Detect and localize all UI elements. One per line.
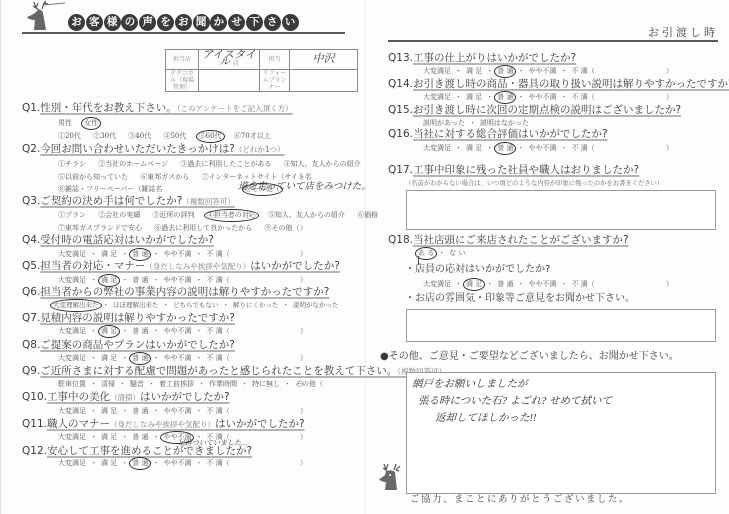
deer-logo-icon: [24, 0, 66, 32]
staff-table: 担当店 アイスタイル 店 担当 中沢 テクニカル（現場管理） リフォームプランナ…: [165, 49, 358, 92]
option-very-satisfied: 大変満足: [55, 354, 89, 362]
question-text: ご契約の決め手は何でしたか?: [40, 195, 182, 207]
question-number: Q8.: [22, 339, 40, 351]
option: ①チラシ: [55, 160, 89, 168]
question-number: Q15.: [388, 104, 413, 116]
option-age: ②30代: [90, 132, 119, 140]
question-text: 今回お問い合わせいただいたきっかけは?: [40, 143, 235, 155]
option-age: ①20代: [55, 132, 84, 140]
question-q4: Q4.受付時の電話応対はいかがでしたか?: [22, 234, 214, 246]
option: ④知人、友人からの紹介: [281, 160, 364, 168]
option-dissatisfied: 不 満（: [194, 354, 232, 362]
question-q18: Q18.当社店頭にご来店されたことがございますか?: [388, 234, 629, 246]
question-text: 当社店頭にご来店されたことがございますか?: [413, 234, 629, 246]
question-text-after: はいかがでしたか?: [250, 260, 340, 272]
option-very-satisfied: 大変満足: [55, 327, 89, 335]
option-somewhat-dissatisfied: やや不満: [516, 67, 559, 75]
question-number: Q3.: [22, 195, 40, 207]
option-satisfied: 満 足: [89, 433, 120, 441]
page-edge: [0, 0, 1, 514]
question-text: 当社に対する総合評価はいかがでしたか?: [413, 128, 608, 140]
handwritten-comment-line: 張る時についた石? よごれ? せめて拭いて: [418, 393, 612, 408]
option-very-satisfied: 大変満足: [420, 280, 454, 288]
thank-you-message: ご協力、まことにありがとうございました。: [410, 491, 630, 505]
q13-scale: 大変満足満 足普 通やや不満不 満（: [420, 65, 598, 78]
option: ⑨その他（: [261, 224, 302, 232]
option: ⑧過去に利用して良かったから: [151, 224, 255, 232]
section-rule: [388, 40, 718, 42]
question-number: Q9.: [22, 365, 40, 377]
option-age: ③40代: [125, 132, 154, 140]
question-number: Q13.: [388, 52, 413, 64]
option-very-satisfied: 大変満足: [55, 459, 89, 467]
other-comments-label: ●その他、ご意見・ご要望などございましたら、お聞かせ下さい。: [380, 351, 679, 363]
question-q2: Q2.今回お問い合わせいただいたきっかけは?（どれか1つ）: [22, 143, 285, 156]
age-options: ①20代 ②30代 ③40代 ④50代 ⑤60代 ⑥70才以上: [55, 130, 278, 143]
question-note: （複数回答可）: [182, 197, 235, 206]
close-paren: ）: [666, 66, 673, 76]
atmosphere-question: ・お店の雰囲気・印象等ご意見をお聞かせ下さい。: [405, 293, 635, 305]
option-very-satisfied: 大変満足: [420, 67, 454, 75]
q2-row: ①チラシ ②当社のホームページ ③過去に利用したことがある ④知人、友人からの紹…: [55, 158, 368, 171]
option-neutral: 普 通: [120, 433, 151, 441]
option-very-satisfied: 大変満足: [420, 144, 454, 152]
question-number: Q4.: [22, 234, 40, 246]
option: 解りにくかった: [221, 301, 281, 309]
option-very-satisfied: 大変満足: [55, 276, 89, 284]
option-very-satisfied: 大変満足: [55, 250, 89, 258]
question-text: ご提案の商品やプランはいかがでしたか?: [40, 339, 235, 351]
option-dissatisfied: 不 満（: [559, 144, 597, 152]
option-satisfied: 満 足: [454, 67, 485, 75]
close-paren: ）: [666, 279, 673, 289]
question-text-after: はいかがでしたか?: [215, 418, 305, 430]
option: 特に無し: [240, 380, 283, 388]
question-note: （身だしなみや挨拶や気配り）: [110, 420, 215, 429]
option-very-satisfied: 大変満足: [55, 407, 89, 415]
question-q10: Q10.工事中の美化（清掃）はいかがでしたか?: [22, 391, 230, 404]
question-text: 担当者の対応・マナー: [40, 260, 145, 272]
option: 騒音: [118, 380, 147, 388]
option-somewhat-dissatisfied: やや不満: [151, 407, 194, 415]
option-neutral: 普 通: [120, 250, 151, 258]
question-q14: Q14.お引き渡し時の商品・器具の取り扱い説明は解りやすかったですか?: [388, 78, 729, 90]
option-neutral: 普 通: [120, 407, 151, 415]
question-number: Q2.: [22, 143, 40, 155]
option-age: ④50代: [160, 132, 189, 140]
planner-label: リフォームプランナー: [260, 70, 290, 92]
option-neutral: 普 通: [485, 144, 516, 152]
question-q15: Q15.お引き渡し時に次回の定期点検の説明はございましたか?: [388, 104, 681, 116]
close-paren: ）: [300, 458, 307, 468]
option: 清掃: [89, 380, 118, 388]
close-paren: ）: [666, 92, 673, 102]
option-satisfied: 満 足: [89, 354, 120, 362]
question-note: （身だしなみや挨拶や気配り）: [145, 262, 250, 271]
section-label: お引渡し時: [648, 24, 718, 40]
handwritten-answer: 道を走っていて店をみつけた。: [238, 178, 371, 192]
option-somewhat-dissatisfied: やや不満: [516, 144, 559, 152]
option-male: 男性: [55, 119, 75, 127]
q16-scale: 大変満足満 足普 通やや不満不 満（: [420, 142, 598, 155]
option: 説明がなかった: [281, 301, 341, 309]
option-very-satisfied: 大変満足: [55, 433, 89, 441]
staff-response-scale: 大変満足満 足普 通やや不満不 満（: [420, 278, 598, 291]
option-dissatisfied: 不 満（: [559, 93, 597, 101]
option: 大変理解出来た: [50, 301, 102, 309]
handwritten-comment-line: 網戸をお願いしましたが: [412, 376, 528, 391]
question-q6: Q6.担当者からの弊社の事業内容の説明は解りやすかったですか?: [22, 286, 329, 298]
title-char: 下: [246, 14, 263, 31]
atmosphere-answer-box: [406, 309, 716, 342]
option: ④担当者の対応: [204, 211, 259, 219]
close-paren: ）: [300, 326, 307, 336]
option: ⑦東邦ガスブランドで安心: [55, 224, 145, 232]
close-paren: ）: [300, 249, 307, 259]
question-number: Q1.: [22, 102, 40, 114]
option: ⑥価格: [354, 211, 381, 219]
staff-value: 中沢: [290, 50, 358, 70]
option-very-satisfied: 大変満足: [420, 93, 454, 101]
title-char: せ: [228, 14, 245, 31]
option-age: ⑥70才以上: [231, 132, 274, 140]
option-satisfied: 満 足: [89, 250, 120, 258]
option: ⑧雑誌・フリーペーパー（雑誌名: [55, 185, 165, 193]
question-number: Q18.: [388, 234, 413, 246]
question-q5: Q5.担当者の対応・マナー（身だしなみや挨拶や気配り）はいかがでしたか?: [22, 260, 340, 273]
question-q17: Q17.工事中印象に残った社員や職人はおりましたか?: [388, 164, 639, 176]
option-neutral: 普 通: [120, 327, 151, 335]
option: 着工前挨拶: [147, 380, 197, 388]
q8-scale: 大変満足満 足普 通やや不満不 満（: [55, 352, 233, 365]
option-dissatisfied: 不 満（: [194, 459, 232, 467]
question-q7: Q7.見積内容の説明は解りやすかったですか?: [22, 312, 235, 324]
option: 駐車位置: [55, 380, 89, 388]
q18-options: あ るな い: [415, 247, 468, 260]
q17-note: （名前がわからない場合は、いつ頃どのような内容が印象に残ったのかをお書きください…: [405, 178, 663, 189]
staff-label: 担当: [260, 50, 290, 70]
option: ③近所の評判: [149, 211, 197, 219]
q6-options: 大変理解出来たほぼ理解出来たどちらでもない解りにくかった説明がなかった: [50, 299, 341, 312]
question-note: （清掃）: [110, 393, 140, 402]
question-text: お引き渡し時に次回の定期点検の説明はございましたか?: [413, 104, 681, 116]
question-text: 受付時の電話応対はいかがでしたか?: [40, 234, 214, 246]
title-char: か: [210, 14, 227, 31]
option-no: な い: [437, 249, 468, 257]
question-text: 工事中の美化: [47, 391, 110, 403]
q3-row: ①プラン ②会社の実績 ③近所の評判 ④担当者の対応 ⑤知人、友人からの紹介 ⑥…: [55, 209, 385, 222]
option: ②当社のホームページ: [95, 160, 171, 168]
question-number: Q10.: [22, 391, 47, 403]
question-number: Q12.: [22, 445, 47, 457]
option-neutral: 普 通: [485, 280, 516, 288]
option-neutral: 普 通: [120, 276, 151, 284]
close-paren: ）: [300, 432, 307, 442]
question-text: 安心して工事を進めることができましたか?: [47, 445, 252, 457]
technical-value: [199, 70, 260, 92]
close-paren: ）: [300, 379, 307, 389]
question-number: Q11.: [22, 418, 47, 430]
question-number: Q17.: [388, 164, 413, 176]
store-value: アイスタイル 店: [199, 50, 260, 70]
question-text: お引き渡し時の商品・器具の取り扱い説明は解りやすかったですか?: [413, 78, 729, 90]
question-text: 性別・年代をお教え下さい。: [40, 102, 177, 114]
option-neutral: 普 通: [120, 354, 151, 362]
close-paren: ）: [300, 406, 307, 416]
title-char: 聞: [193, 14, 210, 31]
option-neutral: 普 通: [485, 67, 516, 75]
question-number: Q7.: [22, 312, 40, 324]
question-text-after: はいかがでしたか?: [140, 391, 230, 403]
title-char: 声: [139, 14, 156, 31]
title-rule: [22, 32, 345, 34]
option-somewhat-dissatisfied: やや不満: [151, 327, 194, 335]
option: ⑤知人、友人からの紹介: [265, 211, 348, 219]
question-q9: Q9.ご近所さまに対する配慮で問題があったと感じられたことを教えて下さい。（複数…: [22, 365, 446, 378]
question-text: 担当者からの弊社の事業内容の説明は解りやすかったですか?: [40, 286, 329, 298]
question-note: （このアンケートをご記入頂く方）: [177, 104, 293, 113]
option-not-explained: 説明はなかった: [468, 119, 532, 127]
option-explained: 説明があった: [420, 119, 468, 127]
option: ほぼ理解出来た: [102, 301, 162, 309]
q12-scale: 大変満足満 足普 通やや不満不 満（: [55, 457, 233, 470]
handwritten-comment-line: 返却してほしかった!!: [435, 410, 537, 425]
option-somewhat-dissatisfied: やや不満: [151, 250, 194, 258]
question-note: （どれか1つ）: [235, 145, 285, 154]
close-paren: ）: [300, 275, 307, 285]
question-q13: Q13.工事の仕上がりはいかがでしたか?: [388, 52, 576, 64]
technical-label: テクニカル（現場管理）: [166, 70, 199, 92]
title-char: お: [68, 14, 85, 31]
close-paren: ）: [300, 223, 307, 233]
option-dissatisfied: 不 満（: [194, 250, 232, 258]
option: 作業時間: [197, 380, 240, 388]
question-number: Q14.: [388, 78, 413, 90]
option: どちらでもない: [162, 301, 222, 309]
question-q12: Q12.安心して工事を進めることができましたか?: [22, 445, 252, 457]
close-paren: ）: [300, 353, 307, 363]
title-banner: お 客 様 の 声 を お 聞 か せ 下 さ い: [68, 14, 299, 31]
store-label: 担当店: [166, 50, 199, 70]
center-fold: [365, 0, 366, 514]
option-satisfied: 満 足: [454, 280, 485, 288]
question-q16: Q16.当社に対する総合評価はいかがでしたか?: [388, 128, 608, 140]
question-text: 見積内容の説明は解りやすかったですか?: [40, 312, 235, 324]
option-dissatisfied: 不 満（: [559, 280, 597, 288]
title-char: の: [121, 14, 138, 31]
q10-scale: 大変満足満 足普 通やや不満不 満（: [55, 405, 233, 418]
option-somewhat-dissatisfied: やや不満: [516, 280, 559, 288]
question-number: Q5.: [22, 260, 40, 272]
option-dissatisfied: 不 満（: [559, 67, 597, 75]
staff-response-question: ・店員の応対はいかがでしたか?: [405, 264, 550, 276]
deer-mascot-icon: [378, 462, 404, 492]
title-char: さ: [264, 14, 281, 31]
option-satisfied: 満 足: [89, 327, 120, 335]
option-somewhat-dissatisfied: やや不満: [516, 93, 559, 101]
planner-value: [290, 70, 358, 92]
close-paren: ）: [666, 143, 673, 153]
q7-scale: 大変満足満 足普 通やや不満不 満（: [55, 325, 233, 338]
title-char: を: [157, 14, 174, 31]
gender-options: 男性 女性: [55, 117, 105, 130]
title-char: お: [175, 14, 192, 31]
option-satisfied: 満 足: [89, 459, 120, 467]
option: ②会社の実績: [95, 211, 143, 219]
option-neutral: 普 通: [120, 459, 151, 467]
option-satisfied: 満 足: [454, 93, 485, 101]
question-number: Q6.: [22, 286, 40, 298]
option: ③過去に利用したことがある: [177, 160, 274, 168]
title-char: 客: [86, 14, 103, 31]
option-age: ⑤60代: [196, 132, 225, 140]
option-dissatisfied: 不 満（: [194, 276, 232, 284]
question-text: ご近所さまに対する配慮で問題があったと感じられたことを教えて下さい。: [40, 365, 397, 377]
option-somewhat-dissatisfied: やや不満: [151, 276, 194, 284]
option-neutral: 普 通: [485, 93, 516, 101]
title-char: い: [282, 14, 299, 31]
option: ⑤以前から知っていた: [55, 173, 131, 181]
q17-answer-box: [406, 190, 716, 230]
option-dissatisfied: 不 満（: [194, 407, 232, 415]
question-q11: Q11.職人のマナー（身だしなみや挨拶や気配り）はいかがでしたか?: [22, 418, 305, 431]
option: ⑥東邦ガスから: [137, 173, 192, 181]
option-dissatisfied: 不 満（: [194, 327, 232, 335]
option-satisfied: 満 足: [454, 144, 485, 152]
question-text: 工事の仕上がりはいかがでしたか?: [413, 52, 576, 64]
q9-options: 駐車位置清掃騒音着工前挨拶作業時間特に無しその他（: [55, 378, 326, 391]
option-female: 女性: [81, 119, 101, 127]
question-q1: Q1.性別・年代をお教え下さい。（このアンケートをご記入頂く方）: [22, 102, 293, 115]
option-somewhat-dissatisfied: やや不満: [151, 459, 194, 467]
question-text: 職人のマナー: [47, 418, 110, 430]
option-satisfied: 満 足: [89, 276, 120, 284]
question-q8: Q8.ご提案の商品やプランはいかがでしたか?: [22, 339, 235, 351]
option-satisfied: 満 足: [89, 407, 120, 415]
title-char: 様: [104, 14, 121, 31]
question-text: 工事中印象に残った社員や職人はおりましたか?: [413, 164, 639, 176]
q14-scale: 大変満足満 足普 通やや不満不 満（: [420, 91, 598, 104]
option-somewhat-dissatisfied: やや不満: [151, 354, 194, 362]
question-number: Q16.: [388, 128, 413, 140]
question-q3: Q3.ご契約の決め手は何でしたか?（複数回答可）: [22, 195, 235, 208]
option: ①プラン: [55, 211, 89, 219]
